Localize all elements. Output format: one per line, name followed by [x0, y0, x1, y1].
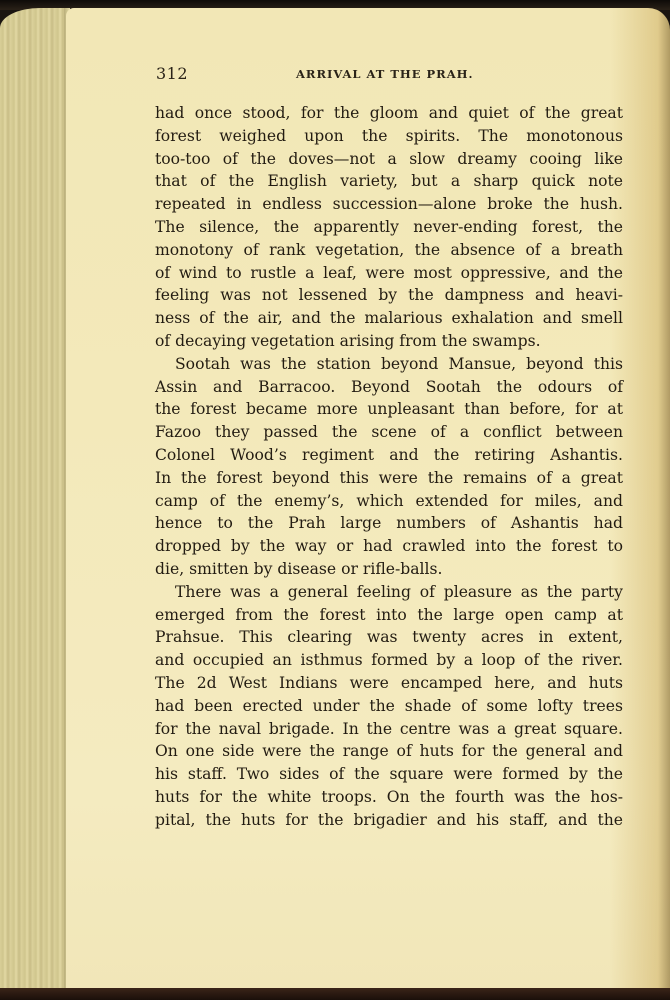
text-line: huts for the white troops. On the fourth… [155, 786, 623, 809]
page-number: 312 [156, 64, 188, 83]
text-line: repeated in endless succession—alone bro… [155, 193, 623, 216]
text-line: forest weighed upon the spirits. The mon… [155, 125, 623, 148]
stacked-page-edges [0, 8, 70, 993]
text-line: Fazoo they passed the scene of a conflic… [155, 421, 623, 444]
text-line: die, smitten by disease or rifle-balls. [155, 558, 623, 581]
text-line: had been erected under the shade of some… [155, 695, 623, 718]
text-line: had once stood, for the gloom and quiet … [155, 102, 623, 125]
text-line: too-too of the doves—not a slow dreamy c… [155, 148, 623, 171]
text-line: Sootah was the station beyond Mansue, be… [155, 353, 623, 376]
text-line: that of the English variety, but a sharp… [155, 170, 623, 193]
text-line: Assin and Barracoo. Beyond Sootah the od… [155, 376, 623, 399]
text-line: of decaying vegetation arising from the … [155, 330, 623, 353]
text-line: hence to the Prah large numbers of Ashan… [155, 512, 623, 535]
running-head: 312 ARRIVAL AT THE PRAH. [156, 64, 636, 88]
paragraph-3: There was a general feeling of pleasure … [155, 581, 623, 832]
text-line: emerged from the forest into the large o… [155, 604, 623, 627]
text-line: his staff. Two sides of the square were … [155, 763, 623, 786]
body-text: had once stood, for the gloom and quiet … [155, 102, 623, 832]
text-line: of wind to rustle a leaf, were most oppr… [155, 262, 623, 285]
text-line: dropped by the way or had crawled into t… [155, 535, 623, 558]
text-line: the forest became more unpleasant than b… [155, 398, 623, 421]
text-line: The silence, the apparently never-ending… [155, 216, 623, 239]
text-line: On one side were the range of huts for t… [155, 740, 623, 763]
text-line: pital, the huts for the brigadier and hi… [155, 809, 623, 832]
text-line: ness of the air, and the malarious exhal… [155, 307, 623, 330]
text-line: In the forest beyond this were the remai… [155, 467, 623, 490]
text-line: The 2d West Indians were encamped here, … [155, 672, 623, 695]
chapter-title: ARRIVAL AT THE PRAH. [296, 67, 474, 81]
text-line: for the naval brigade. In the centre was… [155, 718, 623, 741]
bottom-shadow [0, 988, 670, 1000]
book-page: 312 ARRIVAL AT THE PRAH. had once stood,… [66, 8, 670, 993]
text-line: and occupied an isthmus formed by a loop… [155, 649, 623, 672]
paragraph-1: had once stood, for the gloom and quiet … [155, 102, 623, 353]
text-line: camp of the enemy’s, which extended for … [155, 490, 623, 513]
text-line: feeling was not lessened by the dampness… [155, 284, 623, 307]
book-scan: 312 ARRIVAL AT THE PRAH. had once stood,… [0, 0, 670, 1000]
text-line: monotony of rank vegetation, the absence… [155, 239, 623, 262]
text-line: Prahsue. This clearing was twenty acres … [155, 626, 623, 649]
paragraph-2: Sootah was the station beyond Mansue, be… [155, 353, 623, 581]
text-line: Colonel Wood’s regiment and the retiring… [155, 444, 623, 467]
text-line: There was a general feeling of pleasure … [155, 581, 623, 604]
